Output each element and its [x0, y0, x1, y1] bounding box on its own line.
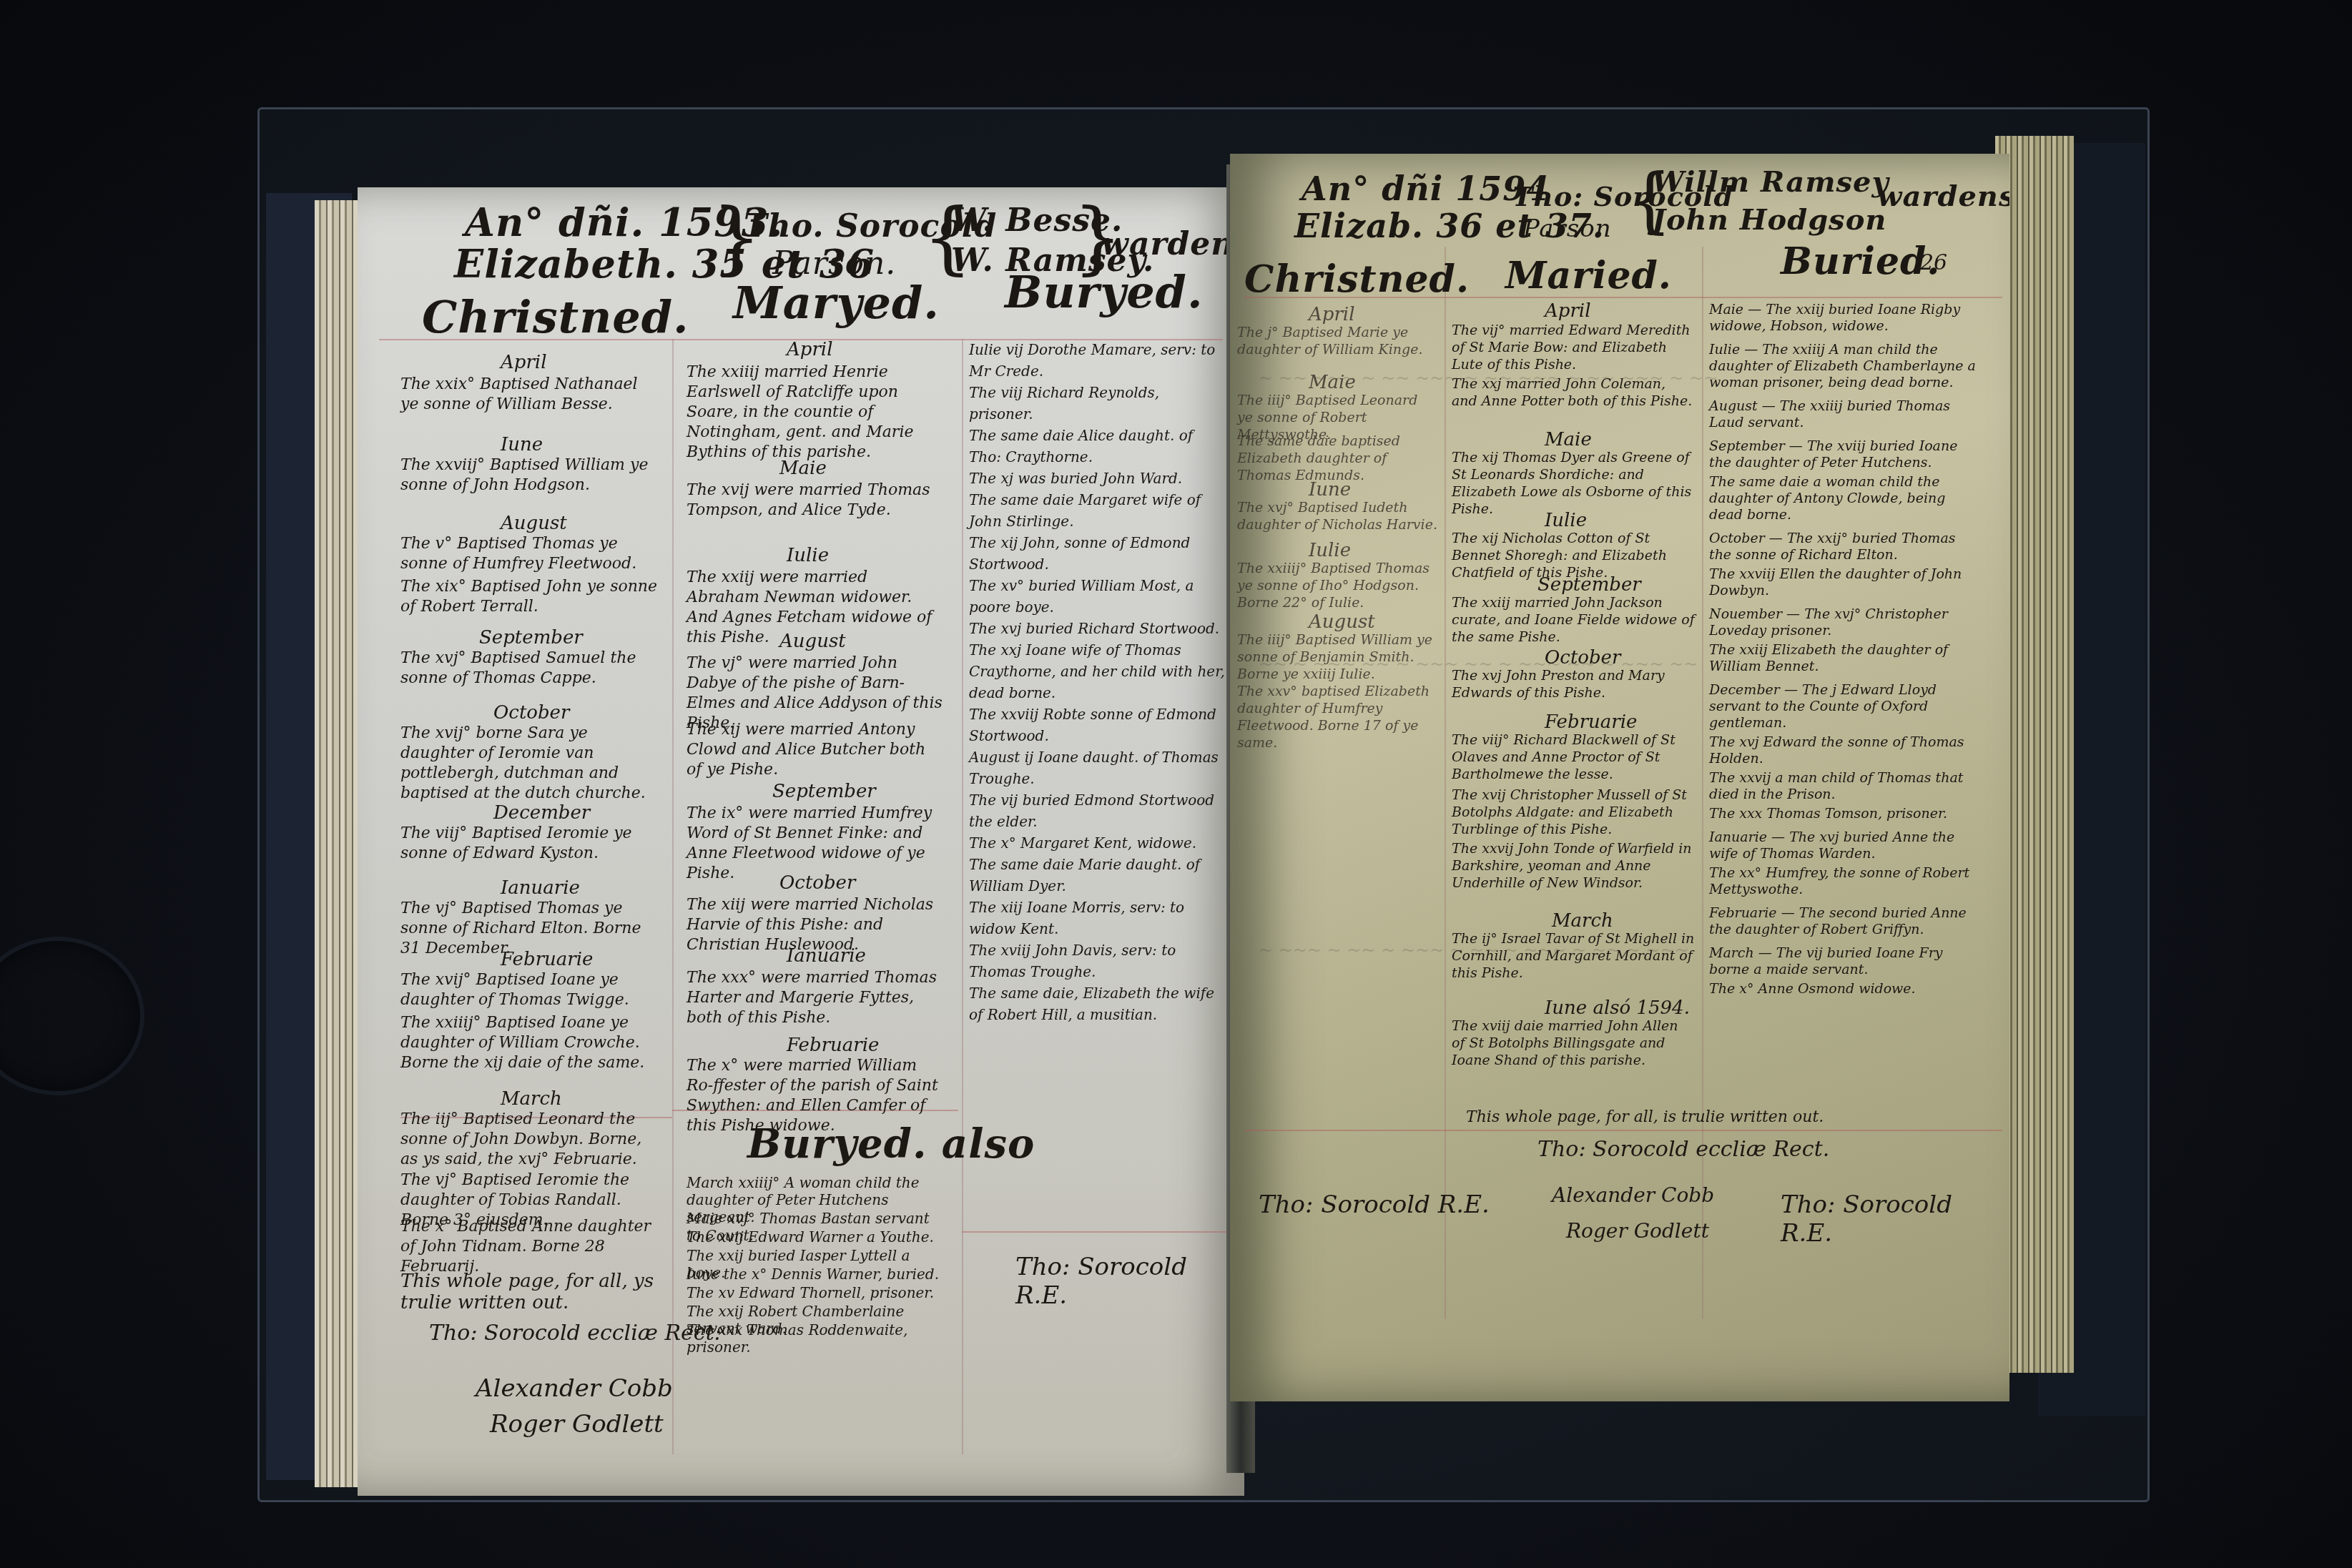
- month-label: October: [779, 872, 855, 894]
- witness-signature: Roger Godlett: [490, 1410, 664, 1439]
- witness-signature: Alexander Cobb: [1552, 1183, 1714, 1207]
- month-label: March: [501, 1088, 562, 1110]
- month-label: Iulie: [1309, 540, 1351, 561]
- month-label: Iulie: [1709, 342, 1740, 358]
- month-label: Iune alsó 1594.: [1545, 997, 1690, 1019]
- month-label: April: [787, 339, 832, 360]
- baptism-entry: The xvj° Baptised Samuel the sonne of Th…: [400, 649, 658, 689]
- month-label: Nouember: [1709, 606, 1782, 622]
- marriage-entry: The xvij Christopher Mussell of St Botol…: [1452, 787, 1695, 838]
- month-label: Februarie: [1709, 905, 1777, 921]
- month-label: Ianuarie: [1709, 829, 1767, 845]
- column-married: Maried.: [1505, 254, 1672, 297]
- marriage-entry: The xij Thomas Dyer als Greene of St Leo…: [1452, 449, 1695, 518]
- baptism-entry: The j° Baptised Marie ye daughter of Wil…: [1237, 324, 1437, 358]
- parson-title: Parson: [1523, 211, 1612, 247]
- baptism-entry: The same daie baptised Elizabeth daughte…: [1237, 433, 1437, 484]
- burial-entry: The xvj buried Richard Stortwood.: [969, 618, 1226, 639]
- burial-entry: The xvij Edward Warner a Youthe.: [687, 1228, 944, 1246]
- baptism-entry: The xxviij° Baptised William ye sonne of…: [400, 455, 658, 495]
- month-label: Maie: [779, 458, 827, 479]
- warden-2: John Hodgson: [1652, 202, 1886, 238]
- attestation-note: This whole page, for all, is trulie writ…: [1466, 1108, 1866, 1126]
- burial-entry: The xij John, sonne of Edmond Stortwood.: [969, 532, 1226, 575]
- burial-entry: August ij Ioane daught. of Thomas Trough…: [969, 746, 1226, 789]
- burial-entry: The xxiiij A man child the daughter of E…: [1709, 342, 1976, 390]
- month-label: September: [1709, 438, 1785, 454]
- burial-entry: The xv Edward Thornell, prisoner.: [687, 1284, 944, 1301]
- month-label: Maie: [1709, 302, 1743, 317]
- month-label: August: [1709, 398, 1758, 414]
- month-label: Maie: [1309, 372, 1356, 393]
- burial-entry: The xj was buried John Ward.: [969, 468, 1226, 489]
- month-label: August: [501, 513, 567, 534]
- marriage-entry: The xxx° were married Thomas Harter and …: [687, 968, 944, 1028]
- column-christened: Christned.: [422, 291, 689, 343]
- baptism-entry: The xxiiij° Baptised Thomas ye sonne of …: [1237, 560, 1437, 611]
- section-rule: [962, 1231, 1234, 1233]
- rector-signature: Tho: Sorocold eccliæ Rect:: [429, 1321, 722, 1346]
- month-label: October: [1545, 647, 1620, 669]
- month-label: Iulie: [1545, 510, 1587, 531]
- baptism-entry: The x° Baptised Anne daughter of John Ti…: [400, 1217, 658, 1277]
- month-label: September: [1537, 574, 1641, 596]
- column-rule: [1445, 247, 1446, 1319]
- witness-signature: Roger Godlett: [1566, 1219, 1709, 1243]
- baptism-entry: The iij° Baptised Leonard the sonne of J…: [400, 1110, 658, 1170]
- burial-entry: The xxiij buried Ioane Rigby widowe, Hob…: [1709, 302, 1960, 334]
- month-label: Iune: [1309, 479, 1351, 501]
- marriage-entry: The ij° Israel Tavar of St Mighell in Co…: [1452, 930, 1695, 982]
- marriage-entry: The xvij were married Thomas Tompson, an…: [687, 480, 944, 521]
- baptism-entry: The xvij° borne Sara ye daughter of Iero…: [400, 724, 658, 804]
- burial-entry: The xx° Humfrey, the sonne of Robert Met…: [1709, 865, 1981, 898]
- burials-list: Iulie vij Dorothe Mamare, serv: to Mr Cr…: [969, 339, 1226, 1025]
- marriage-entry: The xxiiij married Henrie Earlswell of R…: [687, 363, 944, 463]
- rector-signature-right: Tho: Sorocold R.E.: [1781, 1190, 2009, 1248]
- baptism-entry: The xix° Baptised John ye sonne of Rober…: [400, 577, 658, 617]
- burials-list: Maie — The xxiij buried Ioane Rigby wido…: [1709, 300, 1981, 997]
- month-label: Iune: [501, 434, 543, 455]
- marriage-entry: The xxj married John Coleman, and Anne P…: [1452, 375, 1695, 410]
- burial-entry: The same daie Alice daught. of Tho: Cray…: [969, 425, 1226, 468]
- marriage-entry: The xxiij married John Jackson curate, a…: [1452, 594, 1695, 646]
- burial-entry: The xxx Thomas Tomson, prisoner.: [1709, 806, 1981, 822]
- burial-entry: The xxj Ioane wife of Thomas Craythorne,…: [969, 639, 1226, 704]
- left-page: An° dñi. 1593. Elizabeth. 35 et 36 } Tho…: [358, 187, 1244, 1496]
- witness-signature: Alexander Cobb: [476, 1374, 673, 1403]
- burial-entry: The xxviij Ellen the daughter of John Do…: [1709, 566, 1981, 599]
- wardens-label: wardens: [1877, 179, 2009, 215]
- baptism-entry: The xxix° Baptised Nathanael ye sonne of…: [400, 375, 658, 415]
- month-label: Maie: [1545, 429, 1592, 450]
- burial-entry: The viij Richard Reynolds, prisoner.: [969, 382, 1226, 425]
- burial-entry: The xiij Ioane Morris, serv: to widow Ke…: [969, 897, 1226, 940]
- burial-entry: The xviij John Davis, serv: to Thomas Tr…: [969, 940, 1226, 982]
- baptism-entry: The xxiiij° Baptised Ioane ye daughter o…: [400, 1013, 658, 1073]
- month-label: August: [1309, 611, 1375, 633]
- baptism-entry: The viij° Baptised Ieromie ye sonne of E…: [400, 824, 658, 864]
- burial-entry: The xxiij Elizabeth the daughter of Will…: [1709, 642, 1981, 675]
- burial-entry: Iulie vij Dorothe Mamare, serv: to Mr Cr…: [969, 339, 1226, 382]
- burial-entry: The xvj Edward the sonne of Thomas Holde…: [1709, 734, 1981, 767]
- baptism-entry: The v° Baptised Thomas ye sonne of Humfr…: [400, 534, 658, 574]
- month-label: December: [1709, 682, 1780, 698]
- month-label: December: [493, 802, 590, 824]
- month-label: September: [479, 627, 583, 649]
- rector-signature: Tho: Sorocold eccliæ Rect.: [1537, 1137, 1829, 1162]
- month-label: April: [501, 352, 546, 373]
- month-label: Februarie: [787, 1035, 879, 1056]
- wardens-label: wardens: [1101, 227, 1244, 262]
- burial-entry: The xxviij Robte sonne of Edmond Stortwo…: [969, 704, 1226, 746]
- burial-entry: Iune the x° Dennis Warner, buried.: [687, 1266, 944, 1283]
- column-christened: Christned.: [1244, 257, 1470, 301]
- burial-entry: The vij buried Edmond Stortwood the elde…: [969, 789, 1226, 832]
- baptism-entry: The xvij° Baptised Ioane ye daughter of …: [400, 970, 658, 1010]
- burial-entry: The xxx Thomas Roddenwaite, prisoner.: [687, 1321, 944, 1356]
- month-label: September: [772, 781, 876, 802]
- month-label: Februarie: [1545, 711, 1637, 733]
- rector-signature-left: Tho: Sorocold R.E.: [1259, 1190, 1490, 1219]
- month-label: Iulie: [787, 545, 829, 566]
- rector-signature: Tho: Sorocold R.E.: [1015, 1253, 1244, 1310]
- burial-entry: The x° Anne Osmond widowe.: [1709, 981, 1981, 997]
- burial-entry: The xxvij a man child of Thomas that die…: [1709, 770, 1981, 803]
- month-label: April: [1309, 304, 1354, 325]
- marriage-entry: The xij were married Antony Clowd and Al…: [687, 720, 944, 780]
- burial-entry: The same daie a woman child the daughter…: [1709, 474, 1981, 523]
- buried-continued-heading: Buryed. also: [747, 1120, 1035, 1168]
- month-label: March: [1552, 910, 1613, 932]
- marriage-entry: The vij° married Edward Meredith of St M…: [1452, 322, 1695, 373]
- month-label: Ianuarie: [501, 877, 580, 899]
- burial-entry: The same daie Marie daught. of William D…: [969, 854, 1226, 897]
- section-rule: [1244, 1130, 2002, 1131]
- warden-1: Willm Ramsey: [1652, 164, 1889, 200]
- baptism-entry: The xxv° baptised Elizabeth daughter of …: [1237, 683, 1437, 751]
- column-married: Maryed.: [733, 277, 940, 329]
- burial-entry: The same daie, Elizabeth the wife of Rob…: [969, 982, 1226, 1025]
- month-label: Februarie: [501, 949, 593, 970]
- month-label: April: [1545, 300, 1590, 322]
- marriage-entry: The xxvij John Tonde of Warfield in Bark…: [1452, 840, 1695, 892]
- baptism-entry: The iiij° Baptised William ye sonne of B…: [1237, 631, 1437, 683]
- column-buried: Buryed.: [1005, 266, 1204, 318]
- right-page: ~ ~~ ~~~ ~ ~~ ~~~ ~ ~~ ~~~ ~ ~~ ~~~ ~ ~~…: [1230, 154, 2009, 1401]
- burial-entry: The xv° buried William Most, a poore boy…: [969, 575, 1226, 618]
- column-rule: [962, 339, 963, 1454]
- burial-entry: The same daie Margaret wife of John Stir…: [969, 489, 1226, 532]
- column-buried: Buried.: [1781, 240, 1940, 283]
- marriage-entry: The viij° Richard Blackwell of St Olaves…: [1452, 731, 1695, 783]
- month-label: October: [1709, 531, 1765, 546]
- attestation-note: This whole page, for all, ys trulie writ…: [400, 1271, 665, 1313]
- column-rule: [672, 339, 674, 1454]
- burial-entry: The x° Margaret Kent, widowe.: [969, 832, 1226, 854]
- marriage-entry: The xviij daie married John Allen of St …: [1452, 1017, 1695, 1069]
- marriage-entry: The xvj John Preston and Mary Edwards of…: [1452, 667, 1695, 701]
- baptism-entry: The xvj° Baptised Iudeth daughter of Nic…: [1237, 499, 1437, 533]
- month-label: August: [779, 631, 846, 652]
- month-label: March: [1709, 945, 1754, 961]
- month-label: October: [493, 702, 569, 724]
- month-label: Ianuarie: [787, 945, 866, 967]
